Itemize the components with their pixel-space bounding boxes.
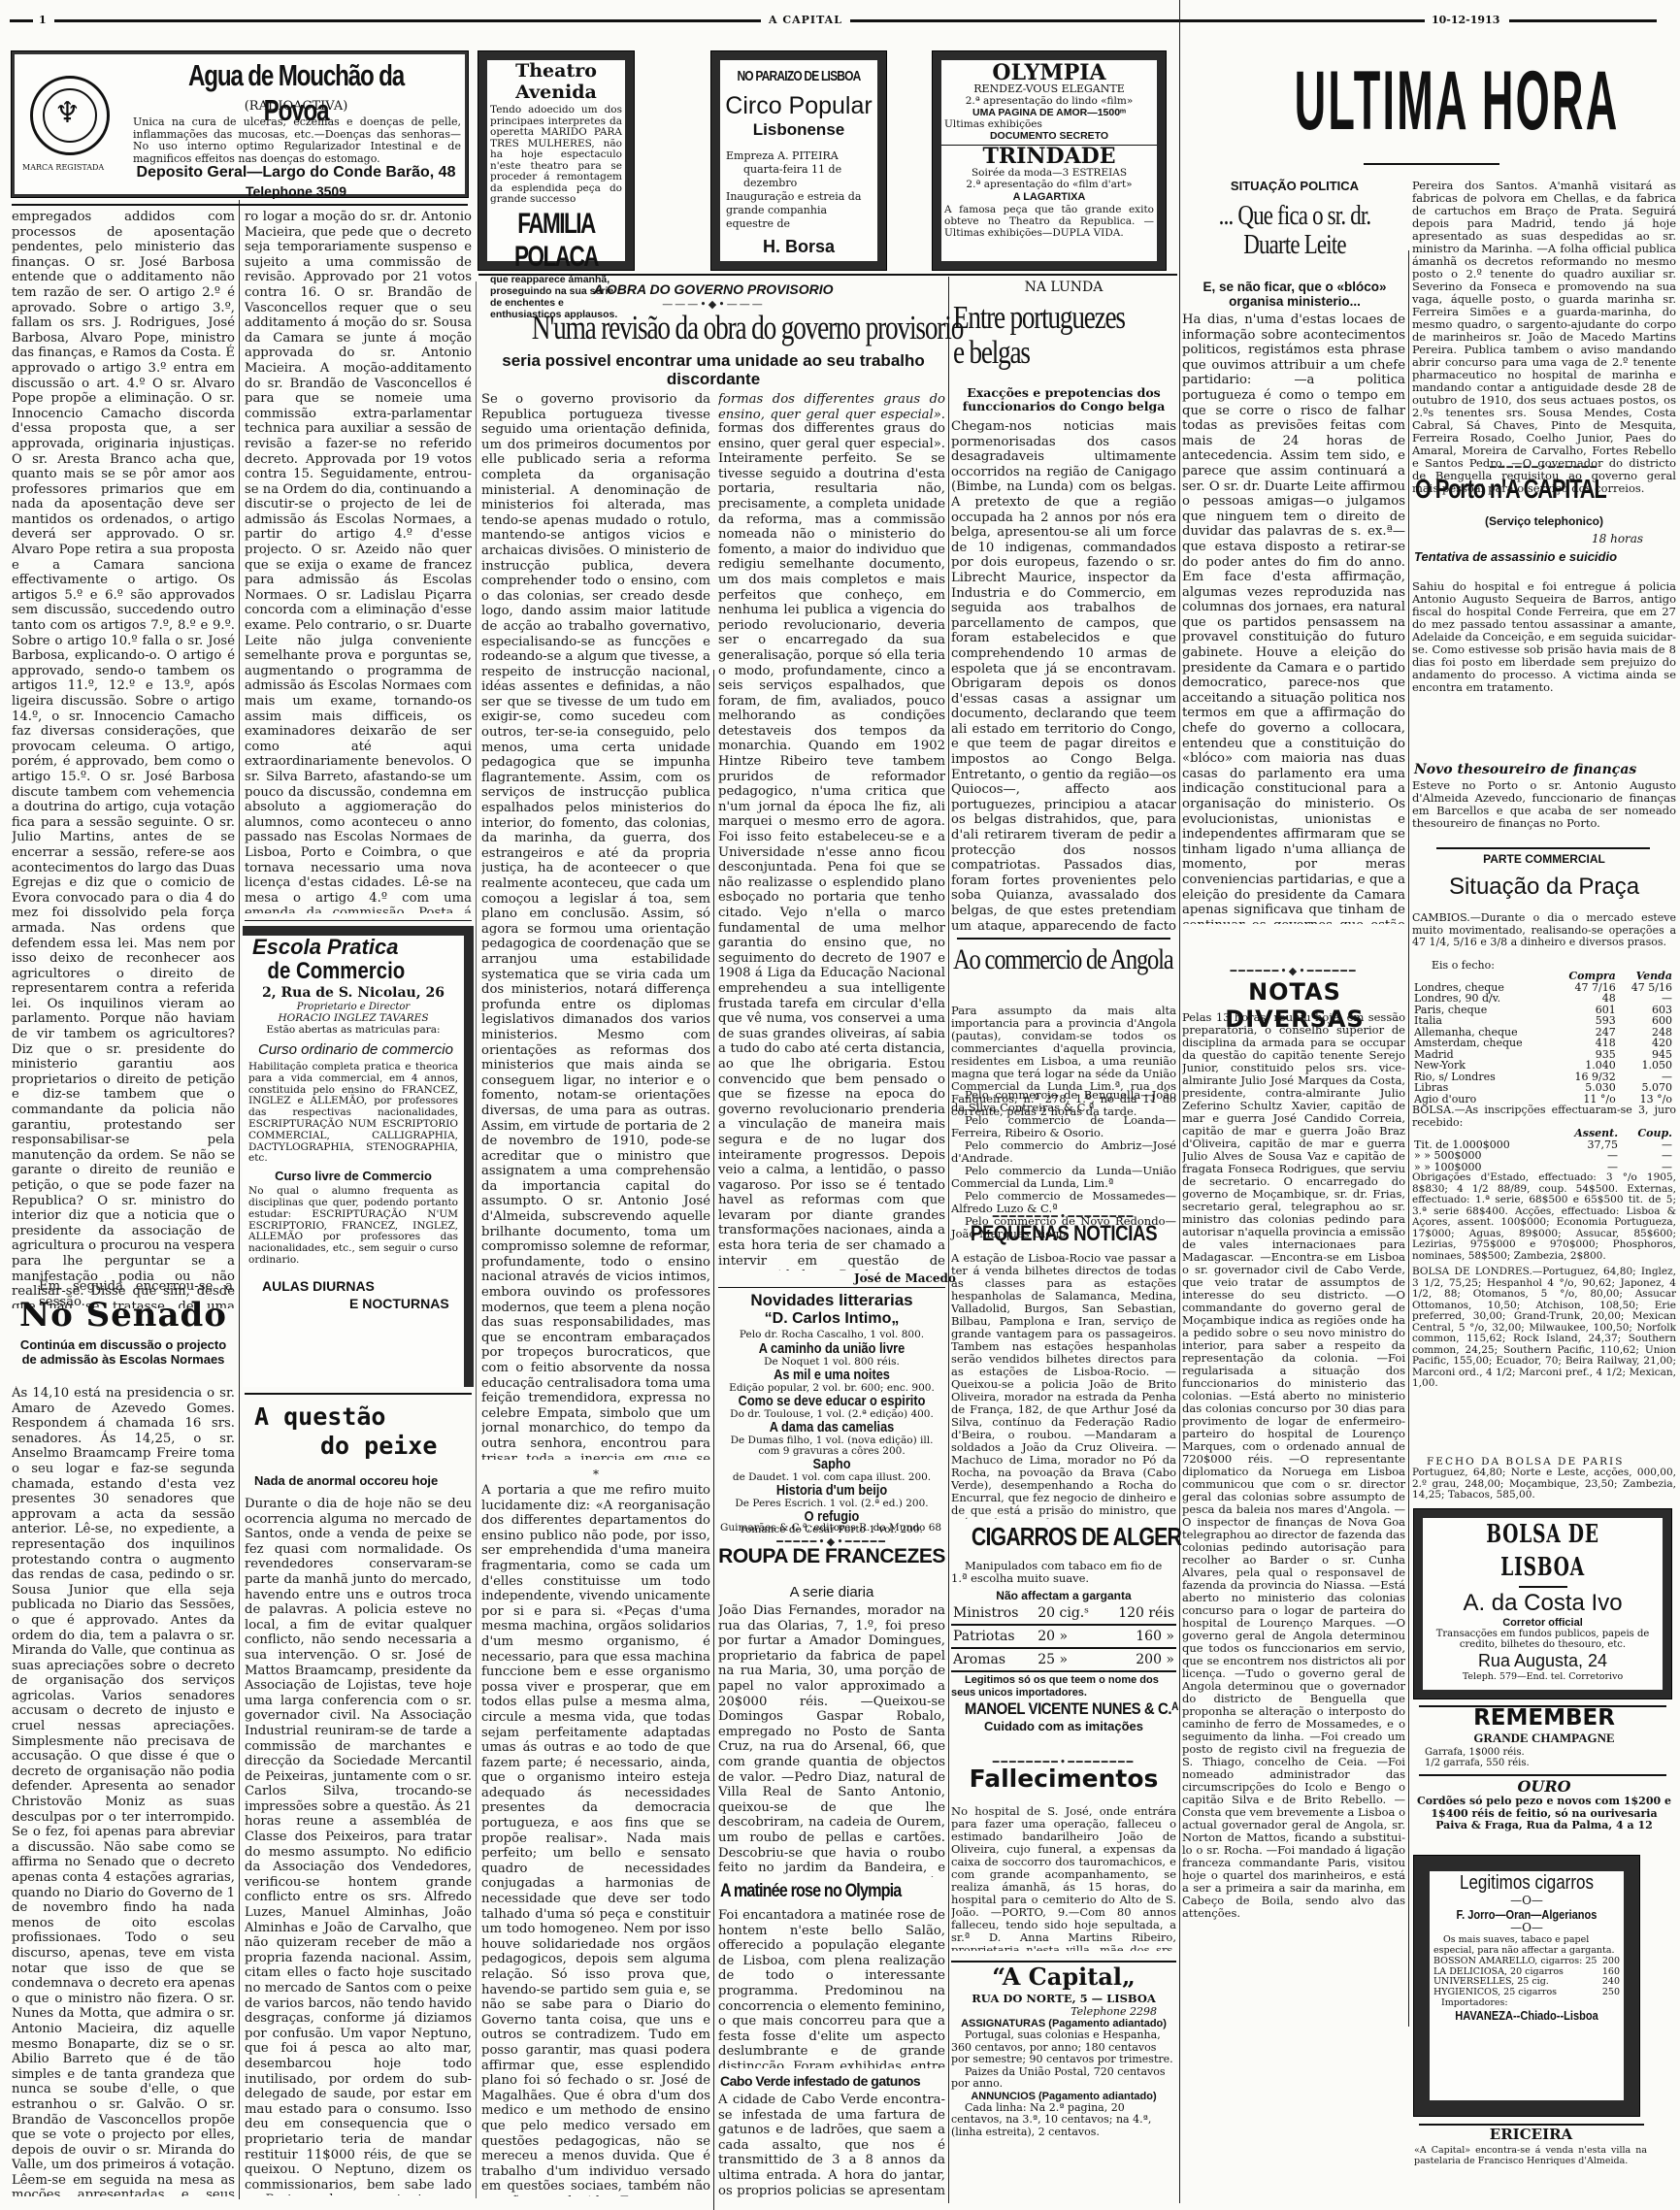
ad-importer: MANOEL VICENTE NUNES & C.ᴬ: [965, 1699, 1163, 1719]
ad-top: NO PARAIZO DE LISBOA: [736, 68, 862, 84]
article-caboverde-text: A cidade de Cabo Verde encontra-se infes…: [718, 2093, 945, 2199]
headline-tentativa: Tentativa de assassinio e suicidio: [1414, 549, 1676, 564]
ad-line: Ultimas exhibições: [941, 118, 1157, 130]
divider: [718, 1287, 945, 1288]
article-politica-text: Ha dias, n'uma d'estas locaes de informa…: [1182, 313, 1405, 924]
headline-porto: O Porto n'A CAPITAL: [1415, 474, 1620, 505]
section-head-commercial: PARTE COMMERCIAL: [1412, 852, 1676, 866]
product-price: 120 réis: [1104, 1602, 1177, 1625]
table-cell: 48: [1554, 993, 1618, 1005]
price-row: Ministros20 cig.ˢ120 réis: [951, 1602, 1176, 1625]
ad-sep: —O—: [1430, 1895, 1624, 1907]
table-cell: » » 500$000: [1412, 1150, 1553, 1162]
ad-cigarros-alger: CIGARROS DE ALGER Manipulados com tabaco…: [951, 1522, 1176, 1733]
signer: Pelo commercio do Ambriz—José d'Andrade.: [951, 1139, 1176, 1165]
masthead: 1 A CAPITAL 10-12-1913: [10, 14, 1660, 27]
book-title: Como se deve educar o espirito: [736, 1394, 929, 1409]
ad-subtitle: Lisbonense: [720, 120, 877, 140]
bolsa-table: Assent.Coup.Tit. de 1.000$00037,75—» » 5…: [1412, 1128, 1674, 1172]
table-cell: 1.050: [1618, 1060, 1674, 1072]
ad-date: quarta-feira 11 de dezembro: [720, 163, 877, 190]
product-name: HYGIENICOS, 25 cigarros: [1433, 1988, 1557, 1998]
table-cell: 418: [1554, 1038, 1618, 1049]
ad-empresa: Empreza A. PITEIRA: [720, 140, 877, 163]
headline-pequenas: PEQUENAS NOTICIAS: [968, 1221, 1159, 1246]
ad-title: OLYMPIA: [941, 62, 1157, 83]
divider: [245, 920, 472, 921]
ad-brands: F. Jorro—Oran—Algerianos: [1444, 1907, 1609, 1922]
ad-subtitle: (RADIOACTIVA): [131, 99, 461, 114]
article-ericeira-text: «A Capital» encontra-se á venda n'esta v…: [1414, 2145, 1647, 2166]
product-name: Aromas: [951, 1648, 1036, 1671]
ad-role: Corretor official: [1423, 1617, 1663, 1629]
book-item: A caminho da união livreDe Noquet 1 vol.…: [718, 1341, 945, 1368]
article-pequenas-text: A estação de Lisboa-Rocio vae passar a t…: [951, 1252, 1176, 1519]
ad-ouro-body: Cordões só pelo pezo e novos com 1$200 e…: [1414, 1796, 1674, 1832]
divider: [12, 204, 468, 206]
table-header-row: Assent.Coup.: [1412, 1128, 1674, 1139]
column-rule: [239, 200, 240, 2199]
table-cell: —: [1618, 993, 1674, 1005]
table-cell: 5.070: [1618, 1082, 1674, 1094]
product-name: BOSSON AMARELLO, cigarros: 25: [1433, 1957, 1597, 1967]
ad-bolsa-lisboa: BOLSA DE LISBOA A. da Costa Ivo Corretor…: [1414, 1509, 1671, 1699]
ornament-divider: ━━━━━━•━━━━━━: [1412, 462, 1676, 474]
ad-line: UMA PAGINA DE AMOR—1500ᵐ: [941, 107, 1157, 118]
product-name: Patriotas: [951, 1625, 1036, 1648]
book-title: A dama das camelias: [736, 1420, 929, 1435]
article-revisao-conclusion: formas dos differentes graus do ensino, …: [718, 421, 945, 1270]
ad-director: HORACIO INGLEZ TAVARES: [243, 1012, 464, 1024]
ad-footer: AULAS DIURNAS: [243, 1269, 464, 1294]
ad-phone: Teleph. 579—End. tel. Corretorivo: [1423, 1671, 1663, 1682]
signer: Pelo commercio de Benguella—João da Silv…: [951, 1089, 1176, 1114]
londres-text: BOLSA DE LONDRES.—Portuguez, 64,80; Ingl…: [1412, 1267, 1676, 1451]
table-cell: Londres, 90 d/v.: [1412, 993, 1554, 1005]
seal-caption: MARCA REGISTADA: [22, 163, 104, 172]
ad-sub: RENDEZ-VOUS ELEGANTE: [941, 83, 1157, 95]
divider: [933, 274, 1177, 276]
headline-revisao: N'uma revisão da obra do governo proviso…: [532, 309, 895, 347]
cambios-table: CompraVendaLondres, cheque47 7/1647 5/16…: [1412, 971, 1674, 1105]
book-list: A caminho da união livreDe Noquet 1 vol.…: [718, 1341, 945, 1535]
table-cell: 600: [1618, 1015, 1674, 1027]
headline-praca: Situação da Praça: [1412, 874, 1676, 901]
ultima-hora-banner: ULTIMA HORA: [1295, 52, 1565, 150]
newspaper-title: A CAPITAL: [769, 14, 842, 26]
divider: [1364, 163, 1499, 165]
signature: José de Macedo: [854, 1271, 956, 1285]
table-cell: 420: [1618, 1038, 1674, 1049]
table-header: [1412, 1128, 1553, 1139]
paris-text: Portuguez, 64,80; Norte e Leste, acções,…: [1412, 1468, 1676, 1501]
table-row: Libras5.0305.070: [1412, 1082, 1674, 1094]
article-roupa-text: João Dias Fernandes, morador na rua das …: [718, 1603, 945, 1877]
porto-sub: (Serviço telephonico): [1412, 514, 1676, 528]
section-head: NA LUNDA: [951, 280, 1176, 295]
headline-caboverde: Cabo Verde infestado de gatunos: [720, 2073, 945, 2089]
ad-title-2: de Commercio: [243, 959, 431, 984]
book-info: De Dumas filho, 1 vol. (nova edição) ill…: [718, 1435, 945, 1457]
table-header: Assent.: [1553, 1128, 1620, 1139]
subhead-peixe: Nada de anormal occoreu hoje: [254, 1473, 438, 1488]
ad-name: A. da Costa Ivo: [1423, 1590, 1663, 1617]
price-row: Aromas25 »200 »: [951, 1648, 1176, 1671]
product-price: 160 »: [1104, 1625, 1177, 1648]
ad-agua-mouchao: ♆ MARCA REGISTADA Agua de Mouchão da Pov…: [12, 51, 468, 197]
info-subs-body: Portugal, suas colonias e Hespanha, 360 …: [951, 2029, 1176, 2066]
headline-lunda: Entre portuguezes e belgas: [953, 301, 1134, 371]
ad-body: A famosa peça que tão grande exito obtev…: [941, 204, 1157, 239]
ad-play-title: FAMILIA POLACA: [505, 208, 609, 274]
ad-course-title: Curso livre de Commercio: [243, 1169, 464, 1184]
a-capital-info-box: “A Capital„ RUA DO NORTE, 5 — LISBOA Tel…: [951, 1961, 1176, 2138]
masthead-rule: [1509, 19, 1657, 22]
product-qty: 20 »: [1036, 1625, 1103, 1648]
ornament-divider: ━━━━━━•◆•━━━━━━: [1182, 966, 1405, 977]
ad-note: Legitimos só os que teem o nome dos seus…: [951, 1674, 1176, 1699]
ad-course-title: Curso ordinario de commercio: [243, 1036, 464, 1058]
subhead-duarte-leite: E, se não ficar, que o «blóco» organisa …: [1182, 280, 1407, 309]
cambios-text: CAMBIOS.—Durante o dia o mercado esteve …: [1412, 912, 1676, 949]
ad-course-body: No qual o alumno frequenta as disciplina…: [243, 1184, 464, 1269]
headline-questao-peixe-2: do peixe: [320, 1432, 437, 1460]
table-row: Italia593600: [1412, 1015, 1674, 1027]
book-item: As mil e uma noitesEdição popular, 2 vol…: [718, 1368, 945, 1394]
column-rule: [948, 277, 949, 2203]
article-camara-text: empregados addidos com processos de apos…: [12, 210, 235, 1308]
ad-line: A LAGARTIXA: [941, 190, 1157, 204]
ad-name: H. Borsa: [720, 237, 877, 257]
ad-line: 2.ª apresentação do lindo «film»: [941, 95, 1157, 107]
article-revisao-text: Se o governo provisorio da Republica por…: [481, 392, 710, 1460]
ad-escola-commercio: Escola Pratica de Commercio 2, Rua de S.…: [243, 926, 474, 1387]
article-matinee-text: Foi encantadora a matinée rose de hontem…: [718, 1908, 945, 2068]
article-peixe-text: Durante o dia de hoje não se deu ocorren…: [245, 1497, 472, 2195]
headline-thesoureiro: Novo thesoureiro de finanças: [1414, 762, 1676, 777]
ad-remember-sub: GRANDE CHAMPAGNE: [1412, 1731, 1676, 1746]
table-cell: —: [1553, 1162, 1620, 1173]
seal-logo-icon: ♆: [30, 76, 110, 155]
price-row: UNIVERSELLES, 25 cig.240: [1433, 1977, 1620, 1988]
divider: [957, 938, 1170, 940]
ad-remember-price: Garrafa, 1$000 réis.: [1425, 1747, 1525, 1758]
info-address: RUA DO NORTE, 5 — LISBOA: [951, 1992, 1176, 2005]
column-rule: [476, 281, 477, 2198]
ad-address: Deposito Geral—Largo do Conde Barão, 48: [131, 164, 461, 181]
table-row: Paris, cheque601603: [1412, 1005, 1674, 1016]
price-row: BOSSON AMARELLO, cigarros: 25200: [1433, 1957, 1620, 1967]
divider: [1519, 1586, 1567, 1588]
book-item: A dama das cameliasDe Dumas filho, 1 vol…: [718, 1420, 945, 1457]
column-rule: [1408, 250, 1409, 2027]
masthead-rule: [10, 19, 33, 22]
product-price: 200: [1602, 1957, 1620, 1967]
table-cell: —: [1553, 1150, 1620, 1162]
product-qty: 20 cig.ˢ: [1036, 1602, 1103, 1625]
table-header: Coup.: [1620, 1128, 1674, 1139]
ad-director-label: Proprietario e Director: [243, 1002, 464, 1012]
divider: [1419, 1774, 1666, 1776]
headline-roupa: ROUPA DE FRANCEZES: [718, 1545, 945, 1568]
article-tentativa-text: Sahiu do hospital e foi entregue á polic…: [1412, 580, 1676, 694]
ad-slogan: Não affectam a garganta: [951, 1589, 1176, 1602]
subhead-senado: Continúa em discussão o projecto de admi…: [12, 1337, 235, 1367]
masthead-rule: [850, 19, 1425, 22]
ad-phone: Telephone 3509: [131, 183, 461, 199]
book-item: Historia d'um beijoDe Peres Escrich. 1 v…: [718, 1483, 945, 1509]
ad-sep: —O—: [1430, 1922, 1624, 1934]
info-phone: Telephone 2298: [951, 2005, 1176, 2018]
product-name: UNIVERSELLES, 25 cig.: [1433, 1977, 1549, 1988]
table-cell: —: [1620, 1162, 1674, 1173]
product-price: 240: [1602, 1977, 1620, 1988]
table-row: New-York1.0401.050: [1412, 1060, 1674, 1072]
table-row: Londres, 90 d/v.48—: [1412, 993, 1674, 1005]
article-fallecimentos-text: No hospital de S. José, onde entrára par…: [951, 1805, 1176, 1951]
article-marinha-text: Pereira dos Santos. A'manhã visitará as …: [1412, 180, 1676, 495]
article-camara-continued: ro logar a moção do sr. dr. Antonio Maci…: [245, 210, 472, 913]
table-header-row: CompraVenda: [1412, 971, 1674, 982]
ad-body: Os mais suaves, tabaco e papel especial,…: [1430, 1934, 1624, 1957]
bolsa-text: BOLSA.—As inscripções effectuaram-se 3, …: [1412, 1105, 1676, 1129]
ad-line: Soirée da moda—3 ESTREIAS: [941, 167, 1157, 179]
table-cell: 1.040: [1554, 1060, 1618, 1072]
table-cell: Amsterdam, cheque: [1412, 1038, 1554, 1049]
signer: Pelo commercio da Lunda—União Commercial…: [951, 1165, 1176, 1190]
info-ads-body: Cada linha: Na 2.ª pagina, 20 centavos, …: [951, 2102, 1176, 2139]
headline-novidades: Novidades litterarias: [718, 1291, 945, 1310]
section-head: A OBRA DO GOVERNO PROVISORIO: [480, 281, 946, 297]
table-cell: Italia: [1412, 1015, 1554, 1027]
table-cell: 593: [1554, 1015, 1618, 1027]
subhead-revisao: seria possivel encontrar uma unidade ao …: [480, 351, 946, 388]
ad-body: Transacções em fundos publicos, papeis d…: [1423, 1629, 1663, 1650]
ad-title: CIGARROS DE ALGER: [972, 1522, 1156, 1552]
book-item: Como se deve educar o espiritoDo dr. Tou…: [718, 1394, 945, 1420]
table-cell: New-York: [1412, 1060, 1554, 1072]
table-row: Amsterdam, cheque418420: [1412, 1038, 1674, 1049]
porto-time: 18 horas: [1592, 532, 1643, 545]
ad-title: BOLSA DE LISBOA: [1457, 1518, 1630, 1584]
table-row: Rio, s/ Londres16 9/32—: [1412, 1072, 1674, 1083]
ad-importers-label: Importadores:: [1430, 1997, 1624, 2008]
ad-remember-title: REMEMBER: [1412, 1706, 1676, 1730]
table-cell: —: [1620, 1150, 1674, 1162]
article-senado-text: Ás 14,10 está na presidencia o sr. Amaro…: [12, 1386, 235, 2196]
ad-course-body: Habilitação completa pratica e theorica …: [243, 1058, 464, 1169]
ad-line: 2.ª apresentação do «film d'art»: [941, 179, 1157, 190]
product-price: 200 »: [1104, 1648, 1177, 1671]
table-header: Compra: [1554, 971, 1618, 982]
article-lunda-text: Chegam-nos noticias mais pormenorisadas …: [951, 419, 1176, 932]
issue-date: 10-12-1913: [1432, 14, 1499, 26]
ad-ouro-title: OURO: [1412, 1777, 1676, 1796]
headline-text: Entre portuguezes e belgas: [953, 300, 1125, 371]
product-price: 250: [1602, 1988, 1620, 1998]
ornament-star: *: [481, 1468, 710, 1481]
book-title: A caminho da união livre: [736, 1341, 929, 1357]
table-header: Venda: [1618, 971, 1674, 982]
ad-body: Tendo adoecido um dos principaes interpr…: [487, 103, 625, 208]
obrigacoes-text: Obrigações d'Estado, effectuado: 3 °/o 1…: [1412, 1172, 1676, 1265]
ad-body: Manipulados com tabaco em fio de 1.ª esc…: [951, 1560, 1176, 1585]
signer: Pelo commercio de Loanda—Ferreira, Ribei…: [951, 1114, 1176, 1139]
ad-title: Theatro Avenida: [487, 60, 625, 103]
price-table: Ministros20 cig.ˢ120 réisPatriotas20 »16…: [951, 1602, 1176, 1672]
masthead-rule: [54, 19, 761, 22]
table-cell: Libras: [1412, 1082, 1554, 1094]
ad-footer: E NOCTURNAS: [243, 1294, 464, 1311]
section-head: SITUAÇÃO POLITICA: [1182, 179, 1407, 193]
info-title: “A Capital„: [951, 1963, 1176, 1992]
headline-no-senado: No Senado: [12, 1296, 235, 1335]
ad-olympia-trindade: OLYMPIA RENDEZ-VOUS ELEGANTE 2.ª apresen…: [933, 51, 1166, 270]
book-title: As mil e uma noites: [736, 1368, 929, 1383]
ad-title: Escola Pratica: [243, 936, 464, 959]
table-header: [1412, 971, 1554, 982]
info-subs-body: Paizes da União Postal, 720 centavos por…: [951, 2066, 1176, 2091]
product-qty: 25 »: [1036, 1648, 1103, 1671]
ad-address: 2, Rua de S. Nicolau, 26: [243, 984, 464, 1002]
table-cell: » » 100$000: [1412, 1162, 1553, 1173]
ad-open: Estão abertas as matriculas para:: [243, 1024, 464, 1036]
article-notas-text: Pelas 13 horas, reuniu hoje, em sessão p…: [1182, 1011, 1405, 2200]
ad-warning: Cuidado com as imitações: [951, 1719, 1176, 1733]
divider: [951, 1961, 1176, 1963]
ad-theatro-avenida: Theatro Avenida Tendo adoecido um dos pr…: [478, 51, 634, 270]
headline-fallecimentos: Fallecimentos: [951, 1765, 1176, 1793]
ad-title-2: TRINDADE: [941, 146, 1157, 167]
headline-ericeira: ERICEIRA: [1412, 2126, 1650, 2143]
ad-circo-popular: NO PARAIZO DE LISBOA Circo Popular Lisbo…: [711, 51, 886, 270]
page-number: 1: [39, 14, 47, 26]
info-ads-title: ANNUNCIOS (Pagamento adiantado): [951, 2091, 1176, 2102]
product-name: Ministros: [951, 1602, 1036, 1625]
article-thesoureiro-text: Esteve no Porto o sr. Antonio Augusto d'…: [1412, 779, 1676, 830]
book-title: Historia d'um beijo: [736, 1483, 929, 1499]
ad-remember-price: 1/2 garrafa, 550 réis.: [1425, 1758, 1530, 1768]
table-row: » » 100$000——: [1412, 1162, 1674, 1173]
book-title: Sapho: [736, 1457, 929, 1472]
ad-body: Inauguração e estreia da grande companhi…: [720, 190, 877, 231]
publisher: Guimarães & C.ª, editores R. do Mundo 68: [720, 1522, 945, 1534]
price-row: HYGIENICOS, 25 cigarros250: [1433, 1988, 1620, 1998]
article-quote: formas dos differentes graus do ensino, …: [718, 392, 945, 421]
ad-title: Circo Popular: [720, 92, 877, 120]
ad-importers: HAVANEZA--Chiado--Lisboa: [1444, 2008, 1609, 2023]
price-row: Patriotas20 »160 »: [951, 1625, 1176, 1648]
ad-legitimos-cigarros: Legitimos cigarros —O— F. Jorro—Oran—Alg…: [1414, 1856, 1639, 2116]
ad-address: Rua Augusta, 24: [1423, 1650, 1663, 1671]
subhead-lunda: Exacções e prepotencias dos funccionario…: [951, 386, 1176, 413]
table-cell: 5.030: [1554, 1082, 1618, 1094]
book-item: Saphode Daudet. 1 vol. com capa illust. …: [718, 1457, 945, 1483]
headline-duarte-leite: ... Que fica o sr. dr. Duarte Leite: [1202, 202, 1387, 260]
divider: [245, 1393, 472, 1395]
subhead-roupa: A serie diaria: [718, 1584, 945, 1600]
column-rule: [713, 670, 714, 2210]
divider: [478, 274, 944, 276]
divider: [1436, 847, 1650, 849]
headline-angola: Ao commercio de Angola: [953, 943, 1137, 976]
article-revisao-continued: A portaria a que me refiro muito lucidam…: [481, 1483, 710, 2196]
ad-body: Unica na cura de ulceras, eczemas e doen…: [133, 116, 461, 165]
column-rule: [1179, 0, 1180, 2203]
ad-title: Legitimos cigarros: [1444, 1871, 1609, 1895]
table-row: » » 500$000——: [1412, 1150, 1674, 1162]
book-info: Pelo dr. Rocha Cascalho, 1 vol. 800.: [718, 1329, 945, 1340]
book-title: “D. Carlos Intimo„: [718, 1310, 945, 1328]
price-list: BOSSON AMARELLO, cigarros: 25200LA DELIC…: [1430, 1957, 1624, 1997]
headline-questao-peixe: A questão: [254, 1402, 385, 1431]
headline-matinee: A matinée rose no Olympia: [720, 1881, 911, 1902]
